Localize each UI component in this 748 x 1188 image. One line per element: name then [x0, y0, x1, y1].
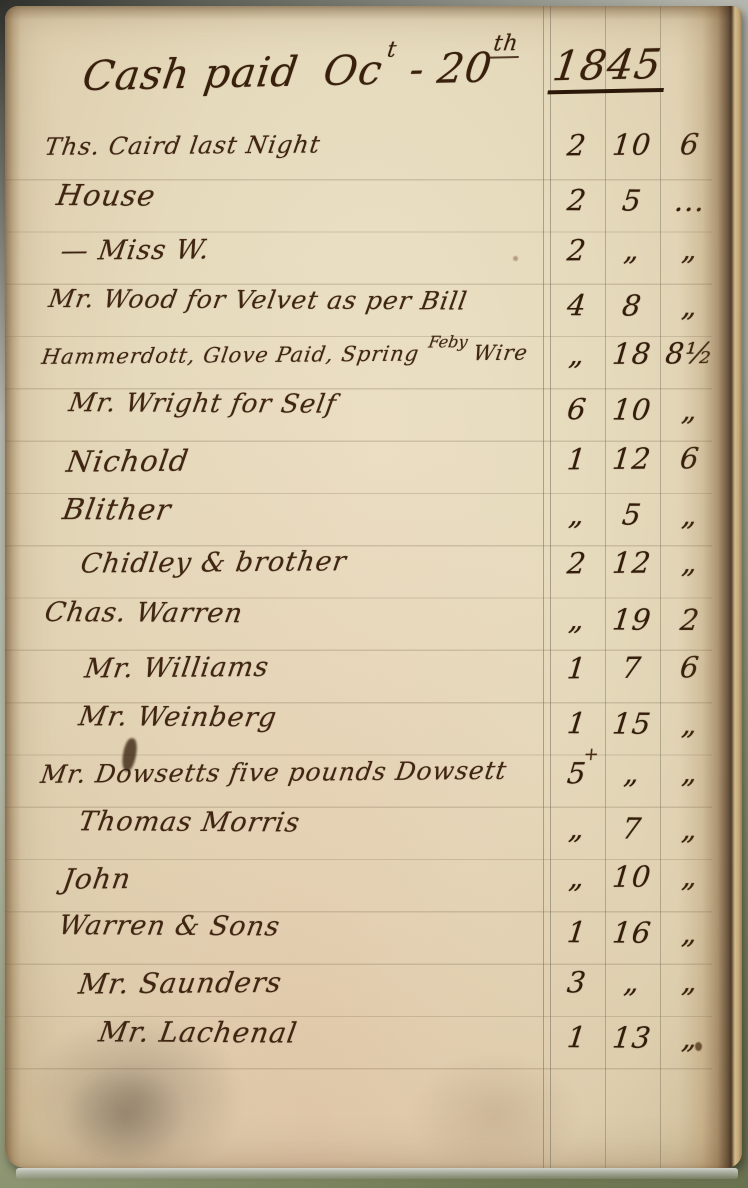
entry-shillings: 15 [605, 707, 659, 741]
ledger-entry-row: Nichold 1 12 6 [5, 439, 742, 498]
ledger-entry-row: Mr. Dowsetts five pounds Dowsett 5 „ „ [5, 752, 742, 811]
entry-pence: 6 [660, 650, 719, 685]
entry-pounds: 2 [550, 183, 604, 217]
ledger-rows: Ths. Caird last Night 2 10 6 House 2 5 .… [5, 128, 742, 1069]
bottom-smudge-stain [410, 1054, 580, 1168]
ledger-page: Cash paidOct - 20th1845 Ths. Caird last … [5, 6, 742, 1168]
title-dash: - [406, 45, 427, 93]
ledger-entry-row: Mr. Wright for Self 6 10 „ [5, 387, 742, 444]
entry-pence: „ [660, 289, 720, 323]
entry-pence: „ [660, 916, 720, 950]
entry-name: Mr. Wood for Velvet as per Bill [47, 284, 470, 316]
entry-shillings: 10 [605, 393, 659, 427]
entry-pounds: 3 [550, 965, 603, 999]
entry-shillings: 8 [605, 288, 659, 322]
entry-shillings: 10 [605, 128, 658, 162]
entry-name: Mr. Lachenal [96, 1015, 299, 1049]
entry-name: Warren & Sons [57, 911, 283, 943]
entry-pence: „ [660, 812, 720, 846]
entry-shillings: 18 [605, 337, 658, 371]
entry-pounds: 2 [550, 546, 603, 580]
entry-name: Mr. Saunders [76, 966, 284, 1001]
entry-shillings: 7 [605, 811, 659, 845]
ledger-entry-row: Mr. Saunders 3 „ „ [5, 962, 742, 1021]
entry-name: Chas. Warren [43, 597, 246, 629]
ledger-entry-row: Mr. Wood for Velvet as per Bill 4 8 „ [5, 283, 742, 340]
entry-pence: „ [660, 1021, 720, 1055]
entry-shillings: „ [605, 232, 658, 266]
entry-name: Mr. Weinberg [77, 701, 280, 733]
thumb-smudge-stain-dark [65, 1066, 185, 1166]
ledger-entry-row: Chidley & brother 2 12 „ [5, 543, 742, 602]
page-bottom-leaf-edge [16, 1168, 738, 1179]
entry-pence: „ [660, 859, 719, 894]
ledger-entry-row: Mr. Lachenal 1 13 „ [5, 1015, 742, 1072]
entry-shillings: 7 [605, 650, 658, 684]
title-day-suffix: th [490, 31, 523, 59]
page-top-edge-shading [5, 6, 742, 20]
entry-pounds: 1 [550, 1020, 604, 1054]
entry-pence: ... [660, 184, 720, 218]
entry-pounds: 1 [550, 916, 604, 950]
entry-pence: 6 [660, 441, 719, 476]
entry-shillings: 5 [605, 498, 659, 532]
entry-pounds: „ [550, 602, 604, 636]
entry-shillings: „ [605, 964, 658, 998]
entry-name: Mr. Dowsetts five pounds Dowsett [39, 755, 509, 788]
entry-name: Mr. Williams [83, 652, 272, 685]
title-month: Oct [321, 45, 400, 95]
entry-name: Nichold [64, 443, 191, 478]
entry-pounds: „ [550, 497, 604, 531]
entry-name: Thomas Morris [77, 806, 303, 838]
entry-pence: „ [660, 498, 720, 532]
entry-pounds: 2 [550, 128, 603, 162]
entry-shillings: 12 [605, 441, 658, 475]
entry-pounds: 2 [550, 233, 603, 267]
entry-pounds: 1 [550, 706, 604, 740]
entry-shillings: 16 [605, 916, 659, 950]
entry-shillings: 10 [605, 860, 658, 894]
entry-name: Hammerdott, Glove Paid, Spring Feby Wire [40, 341, 530, 369]
entry-pounds: 4 [550, 288, 604, 322]
entry-name: — Miss W. [59, 234, 212, 266]
entry-pence: „ [660, 393, 720, 427]
entry-name: Mr. Wright for Self [67, 389, 339, 421]
ledger-entry-row: John „ 10 „ [5, 857, 742, 916]
photo-of-ledger-page: { "document": { "type": "handwritten cas… [0, 0, 748, 1188]
entry-pounds: „ [550, 337, 603, 371]
entry-pounds: 1 [550, 651, 603, 685]
entry-pounds: 6 [550, 393, 604, 427]
ledger-entry-row: Chas. Warren „ 19 2 [5, 596, 742, 653]
entry-name: John [60, 862, 133, 896]
ledger-entry-row: House 2 5 ... [5, 178, 742, 235]
ledger-entry-row: Mr. Weinberg 1 15 „ [5, 701, 742, 758]
ledger-entry-row: Blither „ 5 „ [5, 492, 742, 549]
entry-shillings: 19 [605, 602, 659, 636]
entry-shillings: „ [605, 755, 658, 789]
entry-pence: 8½ [660, 336, 719, 371]
entry-name: Ths. Caird last Night [43, 130, 323, 160]
page-title: Cash paidOct - 20th1845 [83, 40, 668, 104]
ledger-entry-row: Ths. Caird last Night 2 10 6 [5, 125, 742, 184]
title-cash-paid: Cash paid [80, 48, 302, 101]
ledger-entry-row: — Miss W. 2 „ „ [5, 229, 742, 288]
entry-pence: „ [660, 707, 720, 741]
entry-pence: 6 [660, 127, 719, 162]
entry-pence: „ [660, 545, 719, 580]
entry-shillings: 13 [605, 1020, 659, 1054]
entry-name: Blither [60, 492, 174, 527]
title-day: 20 [434, 43, 495, 92]
entry-shillings: 5 [605, 184, 659, 218]
entry-pence: „ [660, 755, 719, 790]
entry-shillings: 12 [605, 546, 658, 580]
entry-name: House [54, 178, 158, 213]
entry-pence: 2 [660, 602, 720, 636]
entry-pounds: „ [550, 860, 603, 894]
ledger-entry-row: Thomas Morris „ 7 „ [5, 806, 742, 863]
ledger-entry-row: Hammerdott, Glove Paid, Spring Feby Wire… [5, 334, 742, 393]
entry-name: Chidley & brother [79, 547, 349, 580]
entry-pence: „ [660, 964, 719, 999]
entry-pounds: 5 [550, 756, 603, 790]
ledger-entry-row: Mr. Williams 1 7 6 [5, 648, 742, 707]
ledger-entry-row: Warren & Sons 1 16 „ [5, 910, 742, 967]
entry-pounds: „ [550, 811, 604, 845]
entry-pounds: 1 [550, 442, 603, 476]
title-year: 1845 [547, 40, 670, 95]
entry-pence: „ [660, 232, 719, 267]
